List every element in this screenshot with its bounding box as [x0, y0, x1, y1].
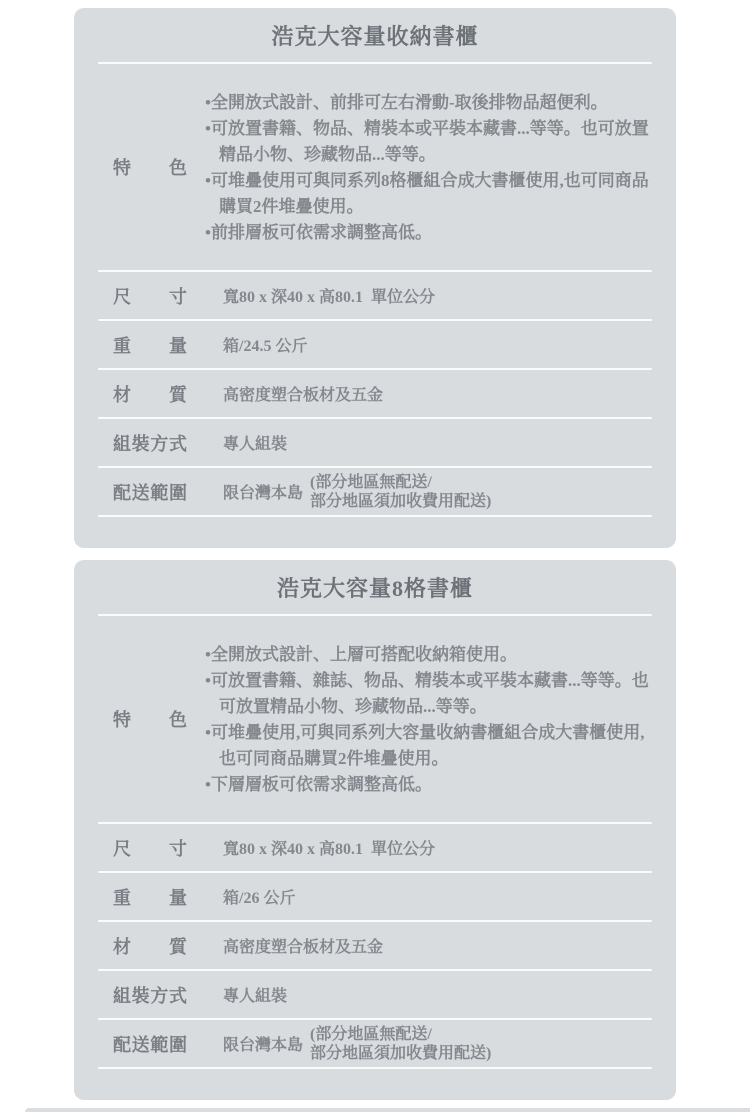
feature-item: 全開放式設計、上層可搭配收納箱使用。 [205, 642, 660, 668]
row-value: 寬80 x 深40 x 高80.1 單位公分 [223, 836, 435, 859]
spec-row-weight: 重量 箱/24.5 公斤 [74, 321, 676, 368]
row-label: 組裝方式 [113, 982, 187, 1008]
spec-row-material: 材質 高密度塑合板材及五金 [74, 370, 676, 417]
row-value: 箱/24.5 公斤 [223, 333, 307, 356]
features-list: 全開放式設計、前排可左右滑動-取後排物品超便利。 可放置書籍、物品、精裝本或平裝… [187, 64, 660, 270]
row-label: 重量 [113, 884, 187, 910]
feature-item: 可放置書籍、物品、精裝本或平裝本藏書...等等。也可放置精品小物、珍藏物品...… [205, 116, 660, 168]
feature-item: 可堆疊使用可與同系列8格櫃組合成大書櫃使用,也可同商品購買2件堆疊使用。 [205, 168, 660, 220]
product-spec-page: 浩克大容量收納書櫃 特色 全開放式設計、前排可左右滑動-取後排物品超便利。 可放… [0, 0, 750, 1112]
spec-row-material: 材質 高密度塑合板材及五金 [74, 922, 676, 969]
feature-item: 前排層板可依需求調整高低。 [205, 220, 660, 246]
row-label-features: 特色 [113, 154, 187, 180]
row-label-features: 特色 [113, 706, 187, 732]
delivery-note-line: 部分地區須加收費用配送) [310, 1044, 491, 1063]
features-row: 特色 全開放式設計、前排可左右滑動-取後排物品超便利。 可放置書籍、物品、精裝本… [74, 64, 676, 270]
row-value: 寬80 x 深40 x 高80.1 單位公分 [223, 284, 435, 307]
delivery-note-line: (部分地區無配送/ [310, 1025, 491, 1044]
row-label: 配送範圍 [113, 1031, 187, 1057]
delivery-note-line: (部分地區無配送/ [310, 473, 491, 492]
feature-item: 可堆疊使用,可與同系列大容量收納書櫃組合成大書櫃使用,也可同商品購買2件堆疊使用… [205, 720, 660, 772]
product-title: 浩克大容量8格書櫃 [74, 560, 676, 614]
row-label: 配送範圍 [113, 479, 187, 505]
spec-row-weight: 重量 箱/26 公斤 [74, 873, 676, 920]
row-value: 專人組裝 [223, 983, 287, 1006]
feature-item: 下層層板可依需求調整高低。 [205, 772, 660, 798]
spec-row-assembly: 組裝方式 專人組裝 [74, 971, 676, 1018]
spec-row-assembly: 組裝方式 專人組裝 [74, 419, 676, 466]
row-value: 箱/26 公斤 [223, 885, 295, 908]
spec-row-dimensions: 尺寸 寬80 x 深40 x 高80.1 單位公分 [74, 272, 676, 319]
feature-item: 全開放式設計、前排可左右滑動-取後排物品超便利。 [205, 90, 660, 116]
features-list: 全開放式設計、上層可搭配收納箱使用。 可放置書籍、雜誌、物品、精裝本或平裝本藏書… [187, 616, 660, 822]
row-label: 組裝方式 [113, 430, 187, 456]
row-label: 尺寸 [113, 283, 187, 309]
row-label: 材質 [113, 381, 187, 407]
card-bottom-space [74, 517, 676, 548]
row-label: 材質 [113, 933, 187, 959]
row-label: 重量 [113, 332, 187, 358]
row-value: 限台灣本島 [223, 1032, 303, 1055]
card-bottom-space [74, 1069, 676, 1100]
spec-row-delivery: 配送範圍 限台灣本島 (部分地區無配送/ 部分地區須加收費用配送) [74, 1020, 676, 1067]
row-value: 高密度塑合板材及五金 [223, 934, 383, 957]
delivery-note: (部分地區無配送/ 部分地區須加收費用配送) [310, 473, 491, 511]
feature-item: 可放置書籍、雜誌、物品、精裝本或平裝本藏書...等等。也可放置精品小物、珍藏物品… [205, 668, 660, 720]
spec-row-delivery: 配送範圍 限台灣本島 (部分地區無配送/ 部分地區須加收費用配送) [74, 468, 676, 515]
row-value: 限台灣本島 [223, 480, 303, 503]
row-value: 專人組裝 [223, 431, 287, 454]
row-label: 尺寸 [113, 835, 187, 861]
delivery-note-line: 部分地區須加收費用配送) [310, 492, 491, 511]
next-section-edge [25, 1108, 750, 1112]
delivery-note: (部分地區無配送/ 部分地區須加收費用配送) [310, 1025, 491, 1063]
spec-row-dimensions: 尺寸 寬80 x 深40 x 高80.1 單位公分 [74, 824, 676, 871]
product-title: 浩克大容量收納書櫃 [74, 8, 676, 62]
spec-card-storage-bookcase: 浩克大容量收納書櫃 特色 全開放式設計、前排可左右滑動-取後排物品超便利。 可放… [74, 8, 676, 548]
row-value: 高密度塑合板材及五金 [223, 382, 383, 405]
features-row: 特色 全開放式設計、上層可搭配收納箱使用。 可放置書籍、雜誌、物品、精裝本或平裝… [74, 616, 676, 822]
spec-card-8-cell-bookcase: 浩克大容量8格書櫃 特色 全開放式設計、上層可搭配收納箱使用。 可放置書籍、雜誌… [74, 560, 676, 1100]
